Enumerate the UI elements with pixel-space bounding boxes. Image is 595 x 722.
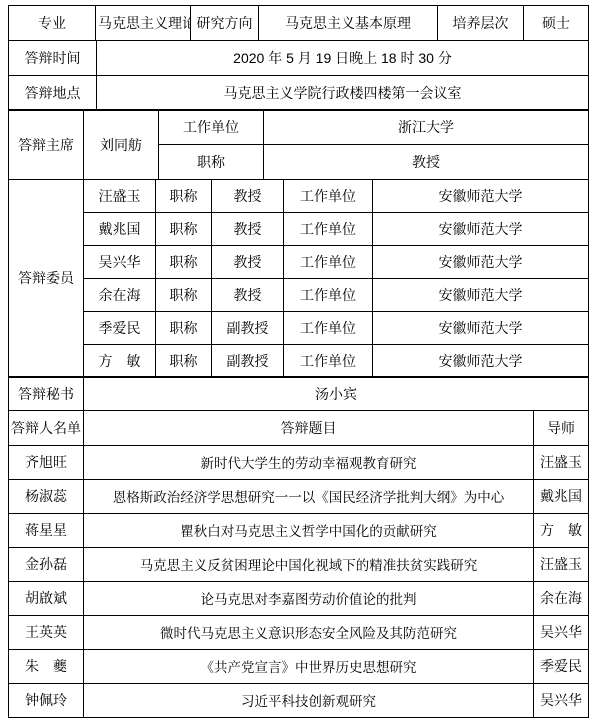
student-name: 杨淑蕊	[9, 479, 84, 513]
secretary-table: 答辩秘书 汤小宾	[8, 376, 589, 411]
thesis-topic: 马克思主义反贫困理论中国化视域下的精准扶贫实践研究	[84, 547, 534, 581]
time-place-table: 答辩时间 2020 年 5 月 19 日晚上 18 时 30 分 答辩地点 马克…	[8, 40, 589, 111]
student-row: 钟佩玲 习近平科技创新观研究 吴兴华	[9, 683, 589, 717]
major-value: 马克思主义理论	[96, 6, 191, 41]
member-name: 余在海	[84, 278, 156, 311]
student-name: 朱 夔	[9, 649, 84, 683]
committee-member-row: 吴兴华 职称 教授 工作单位 安徽师范大学	[9, 245, 589, 278]
member-title-label: 职称	[156, 179, 212, 212]
advisor-name: 吴兴华	[534, 683, 589, 717]
member-name: 方 敏	[84, 344, 156, 377]
member-unit-value: 安徽师范大学	[373, 311, 589, 344]
student-name: 胡啟斌	[9, 581, 84, 615]
roster-advisor-header: 导师	[534, 410, 589, 445]
student-name: 齐旭旺	[9, 445, 84, 479]
committee-member-row: 季爱民 职称 副教授 工作单位 安徽师范大学	[9, 311, 589, 344]
student-row: 胡啟斌 论马克思对李嘉图劳动价值论的批判 余在海	[9, 581, 589, 615]
member-unit-label: 工作单位	[284, 179, 373, 212]
advisor-name: 汪盛玉	[534, 547, 589, 581]
member-unit-label: 工作单位	[284, 311, 373, 344]
committee-member-row: 方 敏 职称 副教授 工作单位 安徽师范大学	[9, 344, 589, 377]
direction-value: 马克思主义基本原理	[259, 6, 438, 41]
member-unit-label: 工作单位	[284, 344, 373, 377]
student-row: 杨淑蕊 恩格斯政治经济学思想研究一一以《国民经济学批判大纲》为中心 戴兆国	[9, 479, 589, 513]
student-row: 王英英 微时代马克思主义意识形态安全风险及其防范研究 吴兴华	[9, 615, 589, 649]
chair-row-1: 答辩主席 刘同舫 工作单位 浙江大学	[9, 110, 589, 145]
roster-table: 答辩人名单 答辩题目 导师 齐旭旺 新时代大学生的劳动幸福观教育研究 汪盛玉 杨…	[8, 410, 589, 718]
chair-unit-value: 浙江大学	[264, 110, 589, 145]
student-name: 蒋星星	[9, 513, 84, 547]
member-name: 汪盛玉	[84, 179, 156, 212]
roster-topic-header: 答辩题目	[84, 410, 534, 445]
time-row: 答辩时间 2020 年 5 月 19 日晚上 18 时 30 分	[9, 40, 589, 75]
thesis-topic: 新时代大学生的劳动幸福观教育研究	[84, 445, 534, 479]
secretary-name: 汤小宾	[84, 377, 589, 411]
advisor-name: 戴兆国	[534, 479, 589, 513]
member-title-value: 副教授	[212, 344, 284, 377]
level-label: 培养层次	[438, 6, 524, 41]
level-value: 硕士	[524, 6, 589, 41]
direction-label: 研究方向	[191, 6, 259, 41]
member-name: 戴兆国	[84, 212, 156, 245]
advisor-name: 方 敏	[534, 513, 589, 547]
chair-label: 答辩主席	[9, 110, 84, 180]
member-title-value: 副教授	[212, 311, 284, 344]
time-value: 2020 年 5 月 19 日晚上 18 时 30 分	[97, 40, 589, 75]
thesis-topic: 《共产党宣言》中世界历史思想研究	[84, 649, 534, 683]
program-info-table: 专业 马克思主义理论 研究方向 马克思主义基本原理 培养层次 硕士	[8, 5, 589, 41]
committee-member-row: 余在海 职称 教授 工作单位 安徽师范大学	[9, 278, 589, 311]
secretary-label: 答辩秘书	[9, 377, 84, 411]
committee-label: 答辩委员	[9, 179, 84, 377]
member-unit-value: 安徽师范大学	[373, 344, 589, 377]
advisor-name: 季爱民	[534, 649, 589, 683]
program-info-row: 专业 马克思主义理论 研究方向 马克思主义基本原理 培养层次 硕士	[9, 6, 589, 41]
committee-table: 答辩委员 汪盛玉 职称 教授 工作单位 安徽师范大学 戴兆国 职称 教授 工作单…	[8, 179, 589, 378]
member-unit-value: 安徽师范大学	[373, 179, 589, 212]
chair-table: 答辩主席 刘同舫 工作单位 浙江大学 职称 教授	[8, 109, 589, 180]
committee-member-row: 答辩委员 汪盛玉 职称 教授 工作单位 安徽师范大学	[9, 179, 589, 212]
advisor-name: 吴兴华	[534, 615, 589, 649]
thesis-topic: 微时代马克思主义意识形态安全风险及其防范研究	[84, 615, 534, 649]
member-title-label: 职称	[156, 344, 212, 377]
member-title-value: 教授	[212, 212, 284, 245]
chair-title-value: 教授	[264, 145, 589, 180]
place-row: 答辩地点 马克思主义学院行政楼四楼第一会议室	[9, 75, 589, 110]
secretary-row: 答辩秘书 汤小宾	[9, 377, 589, 411]
member-unit-label: 工作单位	[284, 212, 373, 245]
member-unit-label: 工作单位	[284, 278, 373, 311]
major-label: 专业	[9, 6, 96, 41]
member-unit-value: 安徽师范大学	[373, 245, 589, 278]
student-row: 齐旭旺 新时代大学生的劳动幸福观教育研究 汪盛玉	[9, 445, 589, 479]
member-name: 季爱民	[84, 311, 156, 344]
roster-name-header: 答辩人名单	[9, 410, 84, 445]
thesis-topic: 习近平科技创新观研究	[84, 683, 534, 717]
place-label: 答辩地点	[9, 75, 97, 110]
student-row: 金孙磊 马克思主义反贫困理论中国化视域下的精准扶贫实践研究 汪盛玉	[9, 547, 589, 581]
member-title-value: 教授	[212, 245, 284, 278]
defense-schedule-document: 专业 马克思主义理论 研究方向 马克思主义基本原理 培养层次 硕士 答辩时间 2…	[0, 0, 595, 722]
member-title-label: 职称	[156, 212, 212, 245]
student-row: 朱 夔 《共产党宣言》中世界历史思想研究 季爱民	[9, 649, 589, 683]
member-title-value: 教授	[212, 278, 284, 311]
chair-unit-label: 工作单位	[159, 110, 264, 145]
member-title-label: 职称	[156, 278, 212, 311]
time-label: 答辩时间	[9, 40, 97, 75]
place-value: 马克思主义学院行政楼四楼第一会议室	[97, 75, 589, 110]
member-name: 吴兴华	[84, 245, 156, 278]
member-unit-value: 安徽师范大学	[373, 278, 589, 311]
advisor-name: 汪盛玉	[534, 445, 589, 479]
roster-header-row: 答辩人名单 答辩题目 导师	[9, 410, 589, 445]
member-title-value: 教授	[212, 179, 284, 212]
member-unit-value: 安徽师范大学	[373, 212, 589, 245]
committee-member-row: 戴兆国 职称 教授 工作单位 安徽师范大学	[9, 212, 589, 245]
member-unit-label: 工作单位	[284, 245, 373, 278]
chair-title-label: 职称	[159, 145, 264, 180]
student-name: 王英英	[9, 615, 84, 649]
student-name: 钟佩玲	[9, 683, 84, 717]
member-title-label: 职称	[156, 245, 212, 278]
student-name: 金孙磊	[9, 547, 84, 581]
thesis-topic: 论马克思对李嘉图劳动价值论的批判	[84, 581, 534, 615]
chair-name: 刘同舫	[84, 110, 159, 180]
student-row: 蒋星星 瞿秋白对马克思主义哲学中国化的贡献研究 方 敏	[9, 513, 589, 547]
thesis-topic: 恩格斯政治经济学思想研究一一以《国民经济学批判大纲》为中心	[84, 479, 534, 513]
member-title-label: 职称	[156, 311, 212, 344]
thesis-topic: 瞿秋白对马克思主义哲学中国化的贡献研究	[84, 513, 534, 547]
advisor-name: 余在海	[534, 581, 589, 615]
